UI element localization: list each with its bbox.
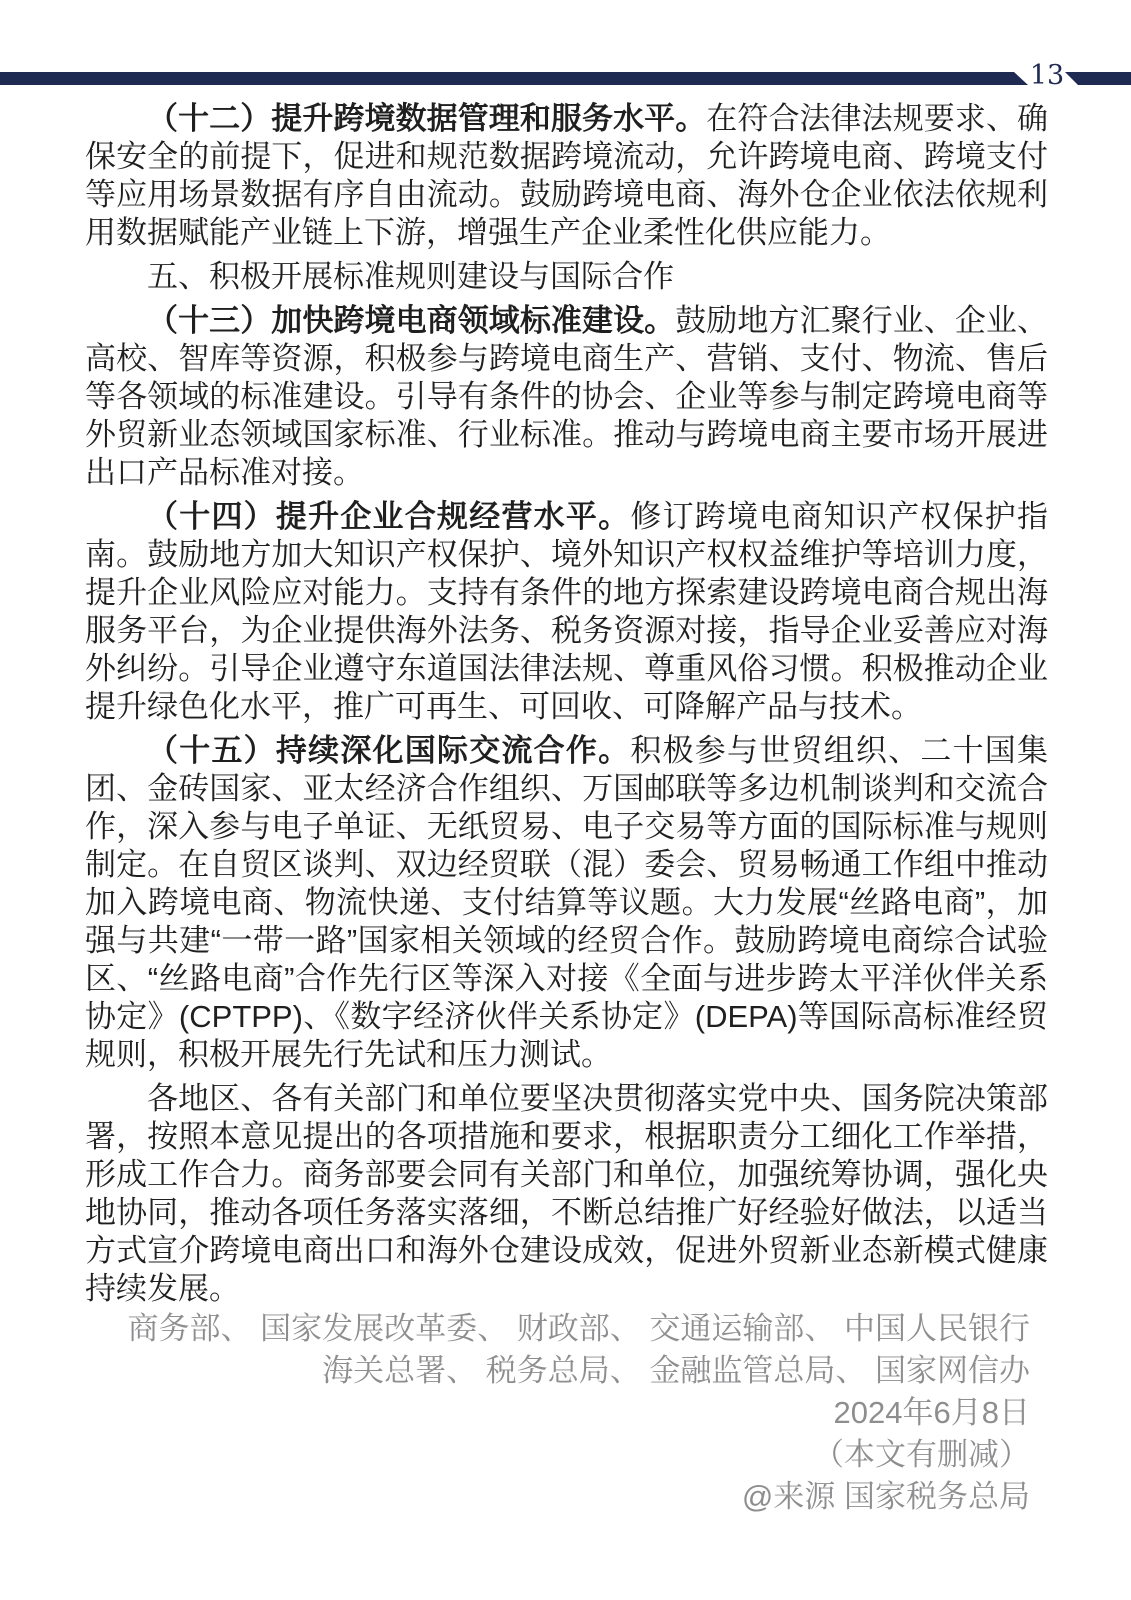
document-page: 13 （十二）提升跨境数据管理和服务水平。在符合法律法规要求、确保安全的前提下，… [0, 0, 1131, 1600]
signature-agencies-line1: 商务部、 国家发展改革委、 财政部、 交通运输部、 中国人民银行 [85, 1308, 1030, 1350]
paragraph-item-14-lead: （十四）提升企业合规经营水平。 [147, 499, 630, 534]
paragraph-item-13-lead: （十三）加快跨境电商领域标准建设。 [147, 303, 675, 338]
signature-agencies-line2: 海关总署、 税务总局、 金融监管总局、 国家网信办 [85, 1350, 1030, 1392]
section-heading-5: 五、积极开展标准规则建设与国际合作 [85, 258, 1048, 296]
paragraph-item-15-lead: （十五）持续深化国际交流合作。 [147, 733, 630, 768]
signature-date: 2024年6月8日 [85, 1392, 1030, 1434]
document-body: （十二）提升跨境数据管理和服务水平。在符合法律法规要求、确保安全的前提下，促进和… [85, 100, 1048, 1308]
paragraph-item-13: （十三）加快跨境电商领域标准建设。鼓励地方汇聚行业、企业、高校、智库等资源，积极… [85, 302, 1048, 492]
signature-note: （本文有删减） [85, 1434, 1030, 1476]
page-number: 13 [1028, 62, 1066, 90]
paragraph-item-15: （十五）持续深化国际交流合作。积极参与世贸组织、二十国集团、金砖国家、亚太经济合… [85, 732, 1048, 1074]
signature-source: @来源 国家税务总局 [85, 1476, 1030, 1518]
paragraph-item-12: （十二）提升跨境数据管理和服务水平。在符合法律法规要求、确保安全的前提下，促进和… [85, 100, 1048, 252]
header-rule-left [0, 72, 1028, 85]
paragraph-item-12-lead: （十二）提升跨境数据管理和服务水平。 [147, 101, 706, 136]
signature-block: 商务部、 国家发展改革委、 财政部、 交通运输部、 中国人民银行 海关总署、 税… [85, 1308, 1030, 1518]
header-rule-right [1065, 72, 1131, 85]
paragraph-item-15-body: 积极参与世贸组织、二十国集团、金砖国家、亚太经济合作组织、万国邮联等多边机制谈判… [85, 733, 1048, 1072]
paragraph-item-14: （十四）提升企业合规经营水平。修订跨境电商知识产权保护指南。鼓励地方加大知识产权… [85, 498, 1048, 726]
paragraph-closing: 各地区、各有关部门和单位要坚决贯彻落实党中央、国务院决策部署，按照本意见提出的各… [85, 1080, 1048, 1308]
